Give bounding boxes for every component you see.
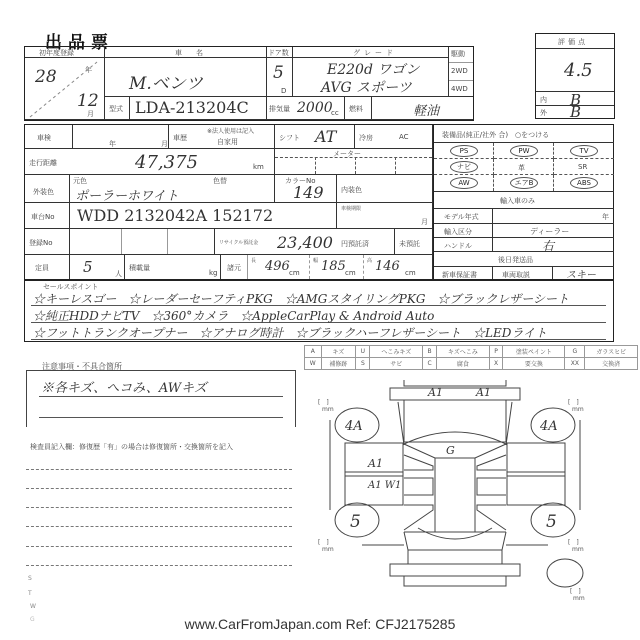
equipment-section: 装備品(純正/社外 合) ○をつける PSPWTVナビ革SRAWエアBABS 輸… <box>433 125 614 279</box>
ac-cell: 冷房 AC <box>355 125 433 149</box>
equipment-item: SR <box>554 159 614 175</box>
inspector-label: 検査員記入欄：修復歴「有」の場合は修復箇所・交換箇所を記入 <box>30 442 233 452</box>
import-type-value: ディーラー <box>530 226 569 237</box>
sales-point-line-2: ☆純正HDDナビTV ☆360°カメラ ☆AppleCarPlay & Andr… <box>33 307 434 324</box>
first-registration-cell: 初年度登録 28 年 12 月 <box>25 47 105 120</box>
svg-text:[ ]: [ ] <box>318 399 329 406</box>
height-value: 146 <box>375 259 400 274</box>
model-code: LDA-213204C <box>135 98 249 117</box>
mark-front-right-tire: 4A <box>539 419 558 434</box>
keys-value: スキー <box>566 266 596 281</box>
mark-left-rear-door: A1 W1 <box>367 480 401 491</box>
mark-hood-right: A1 <box>475 386 491 399</box>
chassis-number: WDD 2132042A 152172 <box>77 206 273 225</box>
equipment-item: AW <box>434 175 494 191</box>
svg-text:mm: mm <box>322 546 334 553</box>
svg-text:mm: mm <box>322 406 334 413</box>
mark-front-left-tire: 4A <box>344 419 363 434</box>
color-no-cell: カラーNo 149 <box>275 175 337 203</box>
svg-text:[ ]: [ ] <box>318 539 329 546</box>
damage-legend: AキズUへこみキズBキズへこみP塗装ペイントGガラスヒビW補修跡SサビC腐食X要… <box>304 345 638 370</box>
exterior-grade: B <box>570 103 581 121</box>
watermark-footer: www.CarFromJapan.com Ref: CFJ2175285 <box>0 616 640 632</box>
equipment-item: ナビ <box>434 159 494 175</box>
overall-score: 4.5 <box>564 60 593 81</box>
svg-text:[ ]: [ ] <box>568 399 579 406</box>
doors-cell: ドア数 5 D <box>267 47 293 97</box>
color-no-value: 149 <box>293 183 324 202</box>
inspection-cell: 年 月 <box>73 125 169 149</box>
color-value: ポーラーホワイト <box>75 185 179 204</box>
shift-value: AT <box>315 127 336 146</box>
equipment-item: ABS <box>554 175 614 191</box>
capacity-value: 5 <box>83 258 93 276</box>
score-box: 評価点 4.5 内 B 外 B <box>535 33 615 119</box>
length-value: 496 <box>265 259 290 274</box>
recycle-amount: 23,400 <box>277 233 333 252</box>
meter-cell: メーター <box>275 149 433 175</box>
equipment-item: 革 <box>494 159 554 175</box>
grade-line-2: AVG スポーツ <box>321 77 412 97</box>
mark-rear-left-tire: 5 <box>350 512 361 532</box>
grade-cell: グレード E220d ワゴン AVG スポーツ <box>293 47 449 97</box>
car-name: M.ベンツ <box>129 69 203 94</box>
equipment-item: PS <box>434 143 494 159</box>
car-name-cell: 車名 M.ベンツ <box>105 47 267 97</box>
svg-text:mm: mm <box>572 406 584 413</box>
recycle-cell: リサイクル預託金 23,400 円預託済 <box>215 229 395 255</box>
displacement-cell: 排気量 2000 cc <box>267 97 345 120</box>
doors-value: 5 <box>273 63 284 83</box>
equipment-item: TV <box>554 143 614 159</box>
grade-line-1: E220d ワゴン <box>327 59 419 79</box>
details-block: 車検 年 月 車歴 ※法人使用は記入 自家用 シフト AT 冷房 AC 走行距離… <box>24 124 614 280</box>
header-block: 初年度登録 28 年 12 月 車名 M.ベンツ 型式 LDA-213204C … <box>24 46 474 121</box>
equipment-item: エアB <box>494 175 554 191</box>
mark-rear-right-tire: 5 <box>546 512 557 532</box>
svg-text:[ ]: [ ] <box>568 539 579 546</box>
mark-left-front-door: A1 <box>367 457 383 470</box>
history-cell: 車歴 ※法人使用は記入 自家用 <box>169 125 275 149</box>
notes-box: ※各キズ、へコみ、AWキズ <box>26 370 296 427</box>
sales-point-line-3: ☆フットトランクオープナー ☆アナログ時計 ☆ブラックハーフレザーシート ☆LE… <box>33 324 547 341</box>
equipment-grid: PSPWTVナビ革SRAWエアBABS <box>434 143 614 191</box>
svg-text:mm: mm <box>573 595 585 602</box>
model-cell: 型式 LDA-213204C <box>105 97 267 120</box>
svg-text:mm: mm <box>572 546 584 553</box>
shift-cell: シフト AT <box>275 125 355 149</box>
sales-points-block: セールスポイント ☆キーレスゴー ☆レーダーセーフティPKG ☆AMGスタイリン… <box>24 280 614 342</box>
mark-windshield: G <box>446 444 455 457</box>
equipment-item: PW <box>494 143 554 159</box>
mark-hood-left: A1 <box>427 386 443 399</box>
sales-point-line-1: ☆キーレスゴー ☆レーダーセーフティPKG ☆AMGスタイリングPKG ☆ブラッ… <box>33 290 569 307</box>
displacement-value: 2000 <box>297 100 333 116</box>
width-value: 185 <box>321 259 346 274</box>
mileage-value: 47,375 <box>135 152 198 173</box>
notes-line-1: ※各キズ、へコみ、AWキズ <box>41 377 207 396</box>
fuel-cell: 燃料 軽油 <box>345 97 473 120</box>
fuel-value: 軽油 <box>413 100 439 119</box>
svg-text:[ ]: [ ] <box>570 588 581 595</box>
car-damage-diagram: A1 A1 G 4A 4A A1 A1 W1 5 5 [ ]mm [ ]mm [… <box>300 380 640 610</box>
drive-cell: 駆動 2WD 4WD <box>449 47 473 97</box>
dimensions-cell: 諸元 長 496 cm 幅 185 cm 高 146 cm <box>221 255 433 279</box>
